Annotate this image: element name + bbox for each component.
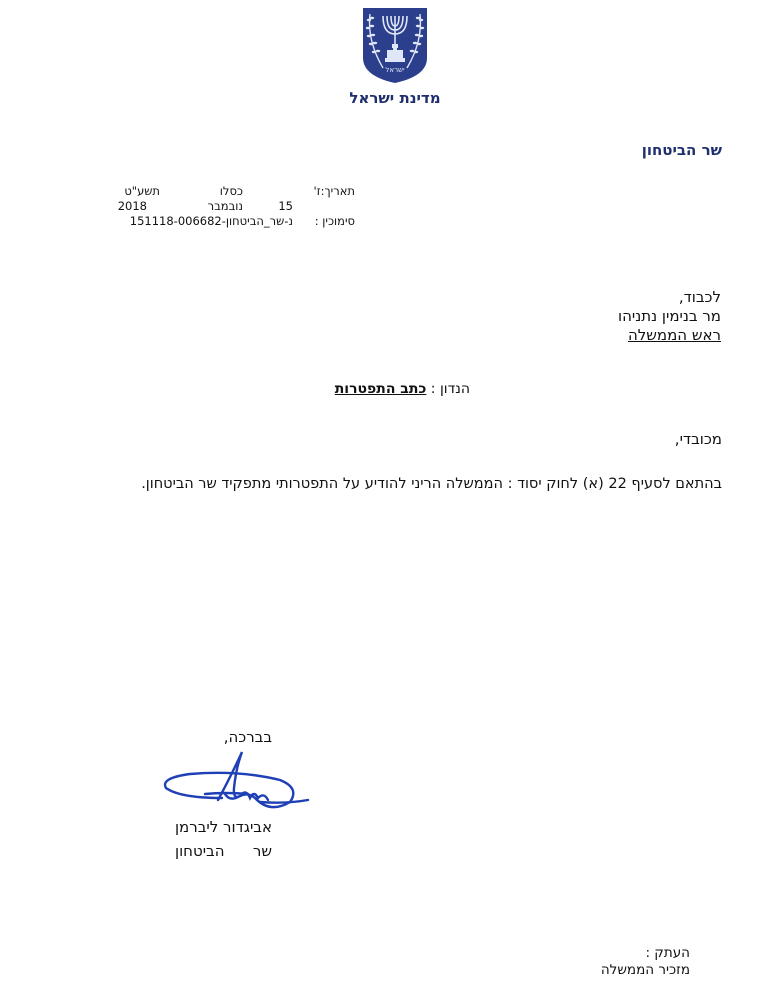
- svg-text:ישראל: ישראל: [385, 66, 405, 74]
- handwritten-signature-icon: [160, 748, 310, 816]
- date-label: תאריך:ז': [313, 184, 355, 199]
- subject-label: הנדון :: [431, 381, 470, 397]
- closing-text: בברכה,: [150, 728, 272, 746]
- gregorian-date-row: 15 נובמבר 2018: [115, 199, 355, 214]
- addressee-name: מר בנימין נתניהו: [618, 307, 721, 326]
- reference-label: סימוכין :: [315, 214, 355, 229]
- subject-line: הנדון : כתב התפטרות: [300, 381, 470, 397]
- state-name: מדינת ישראל: [330, 89, 460, 107]
- signer-title: שר הביטחון: [150, 842, 272, 860]
- greeting: מכובדי,: [675, 430, 722, 448]
- israel-emblem-icon: ישראל: [361, 6, 429, 84]
- subject-value: כתב התפטרות: [335, 381, 427, 397]
- cc-label: העתק :: [601, 945, 690, 962]
- cc-recipient: מזכיר הממשלה: [601, 962, 690, 979]
- cc-block: העתק : מזכיר הממשלה: [601, 945, 690, 979]
- hebrew-month: כסלו: [220, 184, 243, 199]
- signer-name: אביגדור ליברמן: [150, 818, 272, 836]
- gregorian-year: 2018: [118, 199, 147, 214]
- signer-title-word1: שר: [253, 842, 272, 860]
- hebrew-date-row: תאריך:ז' כסלו תשע"ט: [115, 184, 355, 199]
- body-paragraph: בהתאם לסעיף 22 (א) לחוק יסוד : הממשלה הר…: [141, 476, 722, 492]
- reference-value: נ-שר_הביטחון-151118-006682: [130, 214, 293, 229]
- addressee-title: ראש הממשלה: [618, 326, 721, 345]
- signer-title-word2: הביטחון: [175, 842, 225, 860]
- hebrew-year: תשע"ט: [124, 184, 160, 199]
- gregorian-month: נובמבר: [208, 199, 243, 214]
- addressee-block: לכבוד, מר בנימין נתניהו ראש הממשלה: [618, 288, 721, 345]
- salutation: לכבוד,: [618, 288, 721, 307]
- letter-meta: תאריך:ז' כסלו תשע"ט 15 נובמבר 2018 סימוכ…: [115, 184, 355, 229]
- reference-row: סימוכין : נ-שר_הביטחון-151118-006682: [115, 214, 355, 229]
- ministry-title: שר הביטחון: [642, 141, 722, 159]
- gregorian-day: 15: [278, 199, 293, 214]
